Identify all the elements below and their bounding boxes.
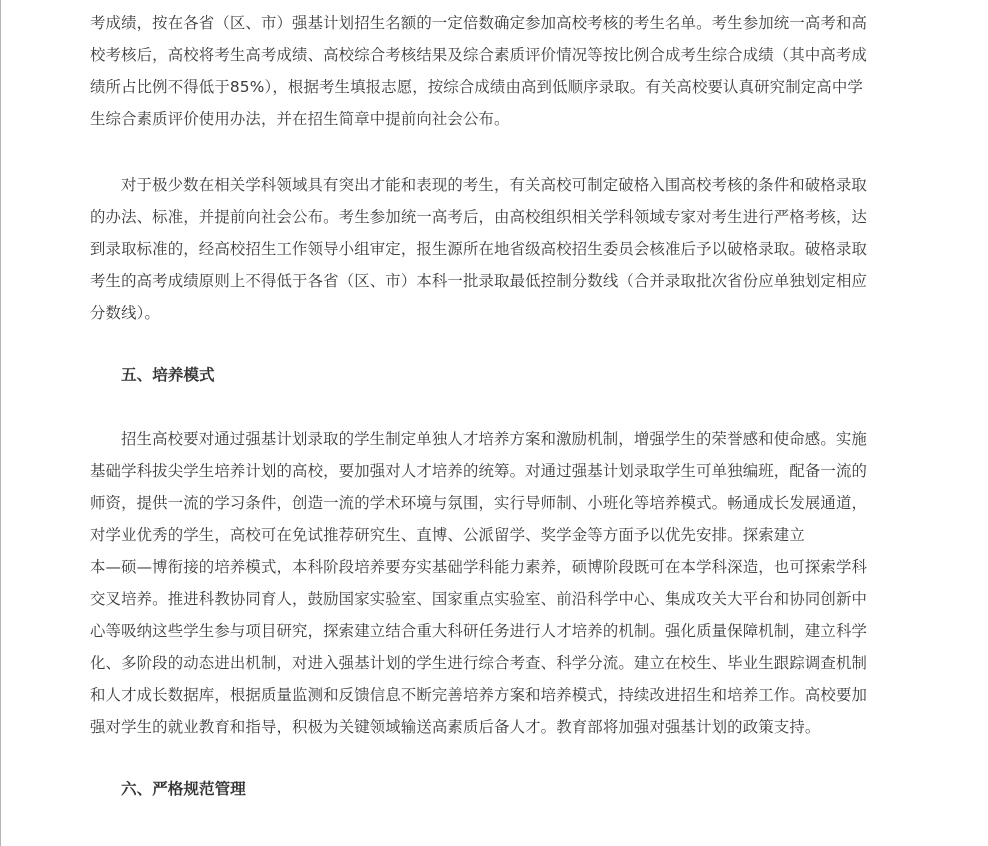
text-line: 和人才成长数据库，根据质量监测和反馈信息不断完善培养方案和培养模式，持续改进招生… [90,679,898,711]
heading-spacer [90,743,898,773]
text-line: 生综合素质评价使用办法，并在招生简章中提前向社会公布。 [90,103,898,135]
text-line: 强对学生的就业教育和指导，积极为关键领域输送高素质后备人才。教育部将加强对强基计… [90,711,898,743]
text-line: 绩所占比例不得低于85%），根据考生填报志愿，按综合成绩由高到低顺序录取。有关高… [90,71,898,103]
section-heading-strict-management: 六、严格规范管理 [90,773,898,805]
text-line: 到录取标准的，经高校招生工作领导小组审定，报生源所在地省级高校招生委员会核准后予… [90,233,898,265]
section-heading-training-model: 五、培养模式 [90,359,898,391]
text-line: 的办法、标准，并提前向社会公布。考生参加统一高考后，由高校组织相关学科领域专家对… [90,201,898,233]
text-line: 对学业优秀的学生，高校可在免试推荐研究生、直博、公派留学、奖学金等方面予以优先安… [90,519,898,551]
text-line: 考成绩，按在各省（区、市）强基计划招生名额的一定倍数确定参加高校考核的考生名单。… [90,7,898,39]
paragraph-spacer [90,135,898,169]
paragraph-training-model: 招生高校要对通过强基计划录取的学生制定单独人才培养方案和激励机制，增强学生的荣誉… [90,423,898,743]
text-line: 考生的高考成绩原则上不得低于各省（区、市）本科一批录取最低控制分数线（合并录取批… [90,265,898,297]
text-line: 分数线）。 [90,297,898,329]
heading-spacer [90,391,898,423]
heading-spacer [90,329,898,359]
text-line: 基础学科拔尖学生培养计划的高校，要加强对人才培养的统筹。对通过强基计划录取学生可… [90,455,898,487]
text-line: 招生高校要对通过强基计划录取的学生制定单独人才培养方案和激励机制，增强学生的荣誉… [90,423,898,455]
paragraph-admission-scoring: 考成绩，按在各省（区、市）强基计划招生名额的一定倍数确定参加高校考核的考生名单。… [90,7,898,135]
page-left-border [0,0,1,846]
text-line: 本—硕—博衔接的培养模式，本科阶段培养要夯实基础学科能力素养，硕博阶段既可在本学… [90,551,898,583]
text-line: 校考核后，高校将考生高考成绩、高校综合考核结果及综合素质评价情况等按比例合成考生… [90,39,898,71]
article-body: 考成绩，按在各省（区、市）强基计划招生名额的一定倍数确定参加高校考核的考生名单。… [90,7,898,805]
paragraph-exceptional-admission: 对于极少数在相关学科领域具有突出才能和表现的考生，有关高校可制定破格入围高校考核… [90,169,898,329]
text-line: 对于极少数在相关学科领域具有突出才能和表现的考生，有关高校可制定破格入围高校考核… [90,169,898,201]
text-line: 师资，提供一流的学习条件，创造一流的学术环境与氛围，实行导师制、小班化等培养模式… [90,487,898,519]
text-line: 化、多阶段的动态进出机制，对进入强基计划的学生进行综合考查、科学分流。建立在校生… [90,647,898,679]
text-line: 交叉培养。推进科教协同育人，鼓励国家实验室、国家重点实验室、前沿科学中心、集成攻… [90,583,898,615]
text-line: 心等吸纳这些学生参与项目研究，探索建立结合重大科研任务进行人才培养的机制。强化质… [90,615,898,647]
